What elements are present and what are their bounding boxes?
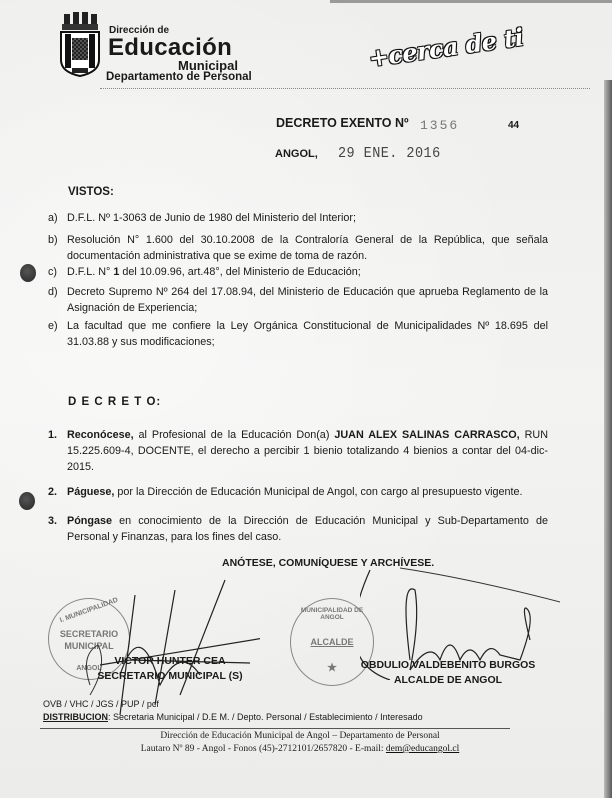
item-text: Póngase en conocimiento de la Dirección … — [67, 513, 548, 545]
item-label: e) — [48, 318, 58, 334]
vistos-item-a: a) D.F.L. Nº 1-3063 de Junio de 1980 del… — [48, 210, 548, 226]
drafting-initials: OVB / VHC / JGS / PUP / pcf — [43, 699, 159, 709]
punch-hole — [20, 264, 36, 282]
vistos-item-b: b) Resolución N° 1.600 del 30.10.2008 de… — [48, 232, 548, 264]
mayor-name: OBDULIO VALDEBENITO BURGOS — [348, 658, 548, 673]
item-label: d) — [48, 284, 58, 300]
decreto-title: D E C R E T O: — [68, 396, 161, 408]
item-label: 2. — [48, 484, 57, 500]
secretary-title: SECRETARIO MUNICIPAL (S) — [90, 669, 250, 684]
item-text-part: del 10.09.96, art.48°, del Ministerio de… — [119, 266, 360, 278]
item-text-part: por la Dirección de Educación Municipal … — [114, 486, 522, 498]
footer-divider — [40, 728, 510, 729]
secretary-signature-block: VICTOR HUNTER CEA SECRETARIO MUNICIPAL (… — [90, 654, 250, 684]
vistos-item-d: d) Decreto Supremo Nº 264 del 17.08.94, … — [48, 284, 548, 316]
item-label: b) — [48, 232, 58, 248]
distribution-label: DISTRIBUCION — [43, 712, 108, 722]
item-label: 3. — [48, 513, 57, 529]
distribution-text: : Secretaria Municipal / D.E M. / Depto.… — [108, 712, 423, 722]
header-divider — [100, 88, 590, 89]
item-text: Páguese, por la Dirección de Educación M… — [67, 484, 548, 500]
item-text: La facultad que me confiere la Ley Orgán… — [67, 318, 548, 350]
item-label: c) — [48, 264, 57, 280]
mayor-signature-block: OBDULIO VALDEBENITO BURGOS ALCALDE DE AN… — [348, 658, 548, 688]
header-department: Departamento de Personal — [106, 71, 252, 83]
vistos-item-e: e) La facultad que me confiere la Ley Or… — [48, 318, 548, 350]
distribution-line: DISTRIBUCION: Secretaria Municipal / D.E… — [43, 712, 423, 722]
item-text-part: D.F.L. N° — [67, 266, 113, 278]
decreto-item-1: 1. Reconócese, al Profesional de la Educ… — [48, 427, 548, 475]
item-text-part: en conocimiento de la Dirección de Educa… — [67, 515, 548, 543]
footer-contact: Lautaro Nº 89 - Angol - Fonos (45)-27121… — [141, 744, 386, 754]
decree-suffix: 44 — [508, 120, 519, 131]
item-text: Reconócese, al Profesional de la Educaci… — [67, 427, 548, 475]
municipal-coat-of-arms-icon — [58, 12, 102, 78]
item-text: Resolución N° 1.600 del 30.10.2008 de la… — [67, 232, 548, 264]
item-lead: Póngase — [67, 515, 112, 527]
slogan-logo: +cerca de ti — [367, 22, 525, 72]
item-text-part: al Profesional de la Educación Don(a) — [134, 429, 335, 441]
vistos-title: VISTOS: — [68, 186, 114, 198]
footer-line2: Lautaro Nº 89 - Angol - Fonos (45)-27121… — [90, 744, 510, 754]
secretary-name: VICTOR HUNTER CEA — [90, 654, 250, 669]
decree-date-stamp: 29 ENE. 2016 — [338, 145, 441, 162]
footer-email-link[interactable]: dem@educangol.cl — [386, 744, 459, 754]
item-text: D.F.L. N° 1 del 10.09.96, art.48°, del M… — [67, 264, 548, 280]
beneficiary-name: JUAN ALEX SALINAS CARRASCO, — [334, 429, 519, 441]
punch-hole — [19, 492, 35, 510]
vistos-item-c: c) D.F.L. N° 1 del 10.09.96, art.48°, de… — [48, 264, 548, 280]
item-lead: Páguese, — [67, 486, 114, 498]
decree-label: DECRETO EXENTO Nº — [276, 116, 409, 130]
footer-line1: Dirección de Educación Municipal de Ango… — [90, 731, 510, 741]
item-lead: Reconócese, — [67, 429, 134, 441]
item-text: Decreto Supremo Nº 264 del 17.08.94, del… — [67, 284, 548, 316]
decree-number-stamp: 1356 — [420, 118, 459, 133]
mayor-title: ALCALDE DE ANGOL — [348, 673, 548, 688]
scan-edge — [604, 80, 612, 798]
decreto-item-2: 2. Páguese, por la Dirección de Educació… — [48, 484, 548, 500]
decree-city: ANGOL, — [275, 148, 318, 160]
scan-shadow — [330, 0, 612, 3]
scanned-decree-page: Dirección de Educación Municipal Departa… — [0, 0, 612, 798]
item-label: a) — [48, 210, 58, 226]
item-label: 1. — [48, 427, 57, 443]
item-text: D.F.L. Nº 1-3063 de Junio de 1980 del Mi… — [67, 210, 548, 226]
secretary-signature — [60, 575, 260, 715]
decreto-item-3: 3. Póngase en conocimiento de la Direcci… — [48, 513, 548, 545]
